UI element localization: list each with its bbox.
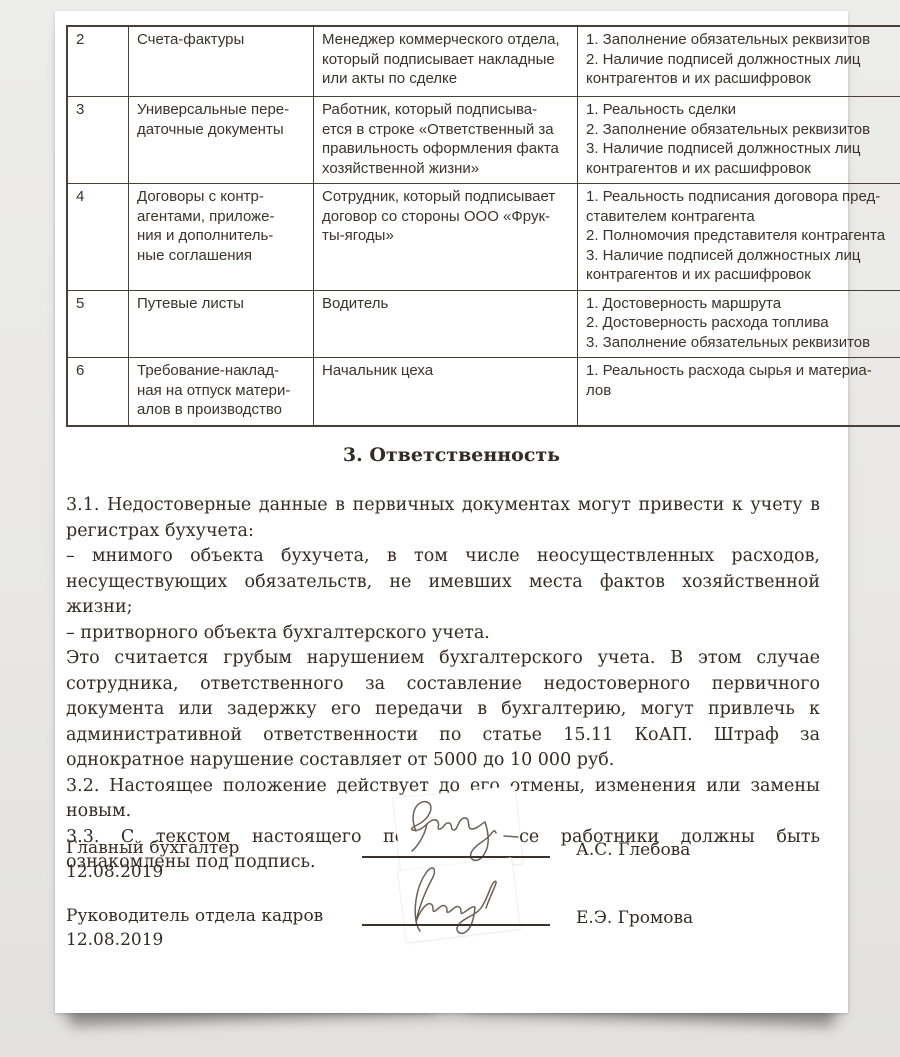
table-cell-document: Счета-фактуры xyxy=(129,26,314,97)
signature-date: 12.08.2019 xyxy=(66,930,163,950)
table-cell-checks: 1. Реальность сделки 2. Заполнение обяза… xyxy=(578,97,900,184)
paragraph-penalty: Это считается грубым нарушением бухгалте… xyxy=(66,646,820,774)
paragraph-3-1: 3.1. Недостоверные данные в первичных до… xyxy=(66,493,820,544)
signature-line xyxy=(362,856,550,858)
table-cell-num: 6 xyxy=(67,358,129,426)
signature-date: 12.08.2019 xyxy=(66,862,163,882)
table-cell-document: Договоры с контр- агентами, приложе- ния… xyxy=(129,184,314,291)
table-cell-num: 4 xyxy=(67,184,129,291)
signer-name: Е.Э. Громова xyxy=(576,908,693,928)
responsibility-table: 2 Счета-фактуры Менеджер коммерческого о… xyxy=(66,25,900,427)
table-cell-checks: 1. Заполнение обязательных реквизитов 2.… xyxy=(578,26,900,97)
table-cell-document: Путевые листы xyxy=(129,290,314,358)
table-cell-num: 3 xyxy=(67,97,129,184)
table-cell-document: Требование-наклад- ная на отпуск матери-… xyxy=(129,358,314,426)
signature-gromova xyxy=(387,861,555,941)
table-cell-num: 5 xyxy=(67,290,129,358)
table-row: 6 Требование-наклад- ная на отпуск матер… xyxy=(67,358,900,426)
table-row: 2 Счета-фактуры Менеджер коммерческого о… xyxy=(67,26,900,97)
table-cell-responsible: Сотрудник, который подписывает договор с… xyxy=(314,184,578,291)
paragraph-dash-1: – мнимого объекта бухучета, в том числе … xyxy=(66,544,820,621)
section-heading: 3. Ответственность xyxy=(55,444,848,466)
signature-line xyxy=(362,924,550,926)
table-cell-responsible: Водитель xyxy=(314,290,578,358)
document-page: 2 Счета-фактуры Менеджер коммерческого о… xyxy=(55,11,848,1013)
signature-glebova xyxy=(385,790,563,872)
table-row: 5 Путевые листы Водитель 1. Достоверност… xyxy=(67,290,900,358)
table-cell-checks: 1. Реальность подписания договора пред- … xyxy=(578,184,900,291)
table-cell-checks: 1. Реальность расхода сырья и материа- л… xyxy=(578,358,900,426)
table-cell-responsible: Менеджер коммерческого отдела, который п… xyxy=(314,26,578,97)
table-cell-responsible: Работник, который подписыва- ется в стро… xyxy=(314,97,578,184)
paragraph-dash-2: – притворного объекта бухгалтерского уче… xyxy=(66,621,820,647)
table-cell-document: Универсальные пере- даточные документы xyxy=(129,97,314,184)
table-row: 3 Универсальные пере- даточные документы… xyxy=(67,97,900,184)
table-cell-num: 2 xyxy=(67,26,129,97)
table-cell-responsible: Начальник цеха xyxy=(314,358,578,426)
signer-name: А.С. Глебова xyxy=(576,840,690,860)
screenshot-canvas: 2 Счета-фактуры Менеджер коммерческого о… xyxy=(0,0,900,1057)
signer-role: Главный бухгалтер xyxy=(66,838,239,858)
table-row: 4 Договоры с контр- агентами, приложе- н… xyxy=(67,184,900,291)
signer-role: Руководитель отдела кадров xyxy=(66,906,323,926)
table-cell-checks: 1. Достоверность маршрута 2. Достовернос… xyxy=(578,290,900,358)
